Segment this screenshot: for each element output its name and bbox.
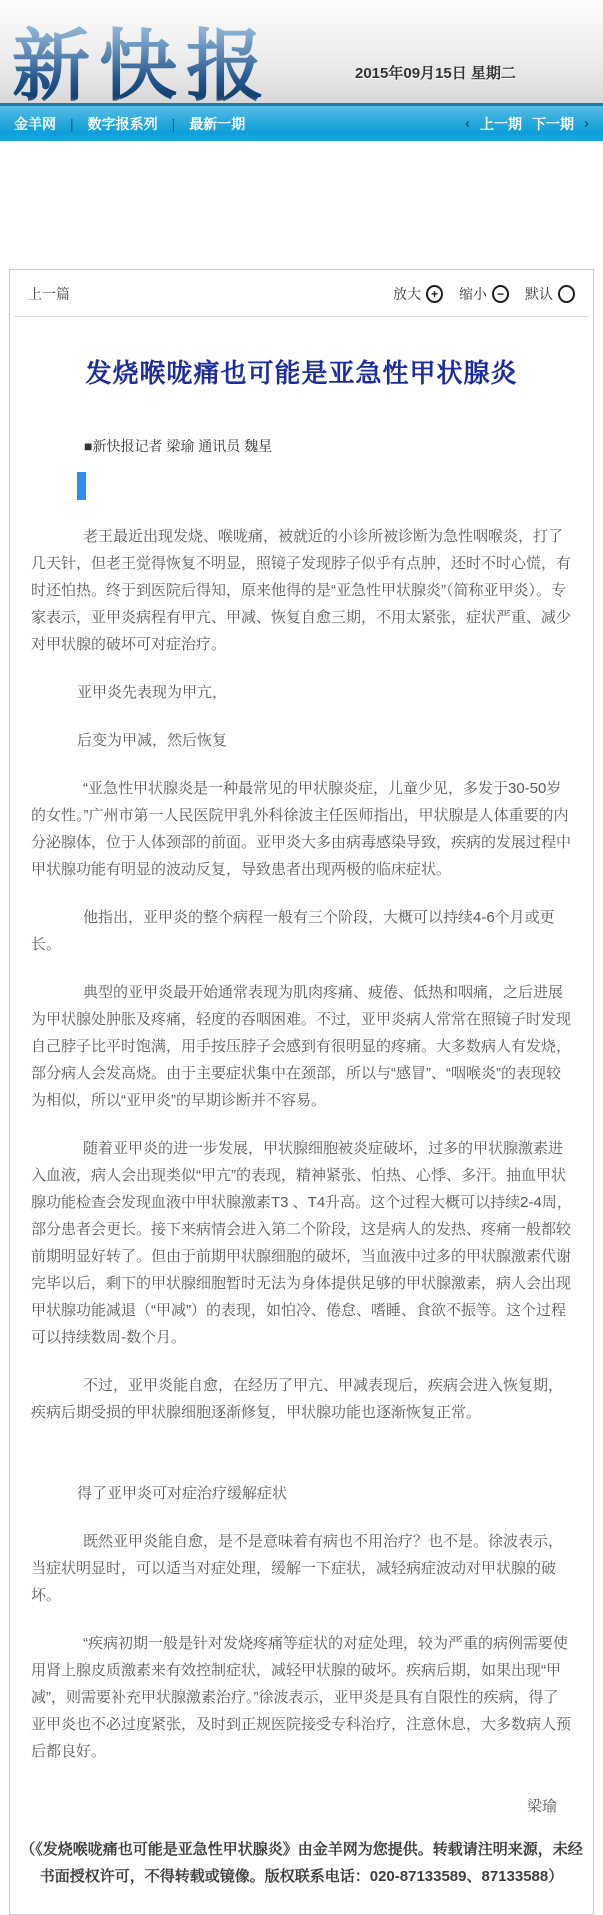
zoom-in-button[interactable]: 放大 + bbox=[393, 284, 443, 304]
prev-arrow-icon: ‹ bbox=[465, 115, 470, 132]
section-marker-bar bbox=[77, 472, 86, 500]
article-paragraph: 既然亚甲炎能自愈，是不是意味着有病也不用治疗？也不是。徐波表示，当症状明显时，可… bbox=[31, 1528, 572, 1609]
article-subhead: 后变为甲减，然后恢复 bbox=[77, 727, 572, 754]
zoom-out-label: 缩小 bbox=[459, 284, 487, 304]
default-size-icon bbox=[558, 285, 575, 303]
nav-separator: | bbox=[70, 116, 74, 132]
article-subhead: 亚甲炎先表现为甲亢， bbox=[77, 679, 572, 706]
prev-issue-link[interactable]: 上一期 bbox=[480, 114, 522, 134]
blank-gap bbox=[0, 141, 603, 269]
article-paragraph: 典型的亚甲炎最开始通常表现为肌肉疼痛、疲倦、低热和咽痛，之后进展为甲状腺处肿胀及… bbox=[31, 979, 572, 1114]
article-toolbar: 上一篇 放大 + 缩小 − 默认 bbox=[14, 270, 589, 317]
article-signature: 梁瑜 bbox=[10, 1795, 593, 1816]
article-subhead: 得了亚甲炎可对症治疗缓解症状 bbox=[77, 1480, 572, 1507]
newspaper-logo[interactable]: 新快报 bbox=[12, 4, 273, 103]
zoom-out-button[interactable]: 缩小 − bbox=[459, 284, 509, 304]
nav-item-digital-papers[interactable]: 数字报系列 bbox=[88, 114, 158, 134]
font-size-controls: 放大 + 缩小 − 默认 bbox=[393, 284, 575, 304]
navbar-left: 金羊网 | 数字报系列 | 最新一期 bbox=[14, 114, 245, 134]
default-size-button[interactable]: 默认 bbox=[525, 284, 575, 304]
zoom-out-icon: − bbox=[492, 285, 509, 303]
zoom-in-icon: + bbox=[426, 285, 443, 303]
nav-item-latest-issue[interactable]: 最新一期 bbox=[189, 114, 245, 134]
article-paragraph: 老王最近出现发烧、喉咙痛，被就近的小诊所被诊断为急性咽喉炎，打了几天针，但老王觉… bbox=[31, 523, 572, 658]
article-paragraph: 他指出，亚甲炎的整个病程一般有三个阶段，大概可以持续4-6个月或更长。 bbox=[31, 904, 572, 958]
article-paragraph: 随着亚甲炎的进一步发展，甲状腺细胞被炎症破坏，过多的甲状腺激素进入血液，病人会出… bbox=[31, 1135, 572, 1351]
article-paragraph: “亚急性甲状腺炎是一种最常见的甲状腺炎症，儿童少见，多发于30-50岁的女性。”… bbox=[31, 775, 572, 883]
zoom-in-label: 放大 bbox=[393, 284, 421, 304]
default-size-label: 默认 bbox=[525, 284, 553, 304]
nav-separator: | bbox=[172, 116, 176, 132]
copyright-notice: （《发烧喉咙痛也可能是亚急性甲状腺炎》由金羊网为您提供。转载请注明来源，未经书面… bbox=[20, 1836, 583, 1890]
article-paragraph: “疾病初期一般是针对发烧疼痛等症状的对症处理，较为严重的病例需要使用肾上腺皮质激… bbox=[31, 1630, 572, 1765]
article-body: 老王最近出现发烧、喉咙痛，被就近的小诊所被诊断为急性咽喉炎，打了几天针，但老王觉… bbox=[10, 500, 593, 1765]
article-container: 上一篇 放大 + 缩小 − 默认 发烧喉咙痛也可能是亚急性甲状腺炎 ■新快报记者… bbox=[9, 269, 594, 1915]
article-title: 发烧喉咙痛也可能是亚急性甲状腺炎 bbox=[30, 353, 573, 390]
navbar: 金羊网 | 数字报系列 | 最新一期 ‹ 上一期 下一期 › bbox=[0, 103, 603, 141]
issue-date: 2015年09月15日 星期二 bbox=[355, 62, 516, 83]
nav-item-jinyangwang[interactable]: 金羊网 bbox=[14, 114, 56, 134]
article-byline: ■新快报记者 梁瑜 通讯员 魏星 bbox=[84, 436, 593, 456]
next-arrow-icon: › bbox=[584, 115, 589, 132]
masthead: 新快报 2015年09月15日 星期二 bbox=[0, 0, 603, 103]
navbar-right: ‹ 上一期 下一期 › bbox=[465, 114, 589, 134]
article-paragraph: 不过，亚甲炎能自愈，在经历了甲亢、甲减表现后，疾病会进入恢复期，疾病后期受损的甲… bbox=[31, 1372, 572, 1426]
next-issue-link[interactable]: 下一期 bbox=[532, 114, 574, 134]
prev-article-link[interactable]: 上一篇 bbox=[28, 284, 70, 304]
